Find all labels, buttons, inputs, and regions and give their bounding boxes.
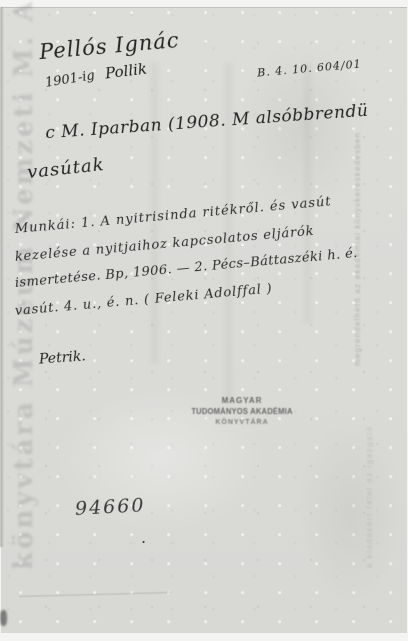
handwritten-accession-number: 94660: [74, 494, 146, 520]
catalog-card-paper: könyvtára Múzeum Nemzeti M. A megrendelh…: [1, 7, 407, 633]
library-stamp: MAGYAR TUDOMÁNYOS AKADÉMIA KÖNYVTÁRA: [186, 396, 298, 426]
handwritten-reference: Petrik.: [38, 348, 86, 367]
paper-stain: [296, 418, 406, 608]
stamp-line-2: TUDOMÁNYOS AKADÉMIA: [189, 407, 295, 416]
handwritten-title-line-1: c M. Iparban (1908. M alsóbbrendü: [45, 101, 369, 144]
stamp-line-1: MAGYAR: [186, 396, 298, 405]
paper-crease-line: [19, 592, 171, 597]
ghost-bleed-right-2: a kiadásért felel az igazgató: [365, 425, 374, 568]
handwritten-former-name: Pollik: [104, 60, 148, 83]
paper-fold-streak: [304, 63, 311, 323]
handwritten-dot: .: [141, 528, 146, 547]
stamp-line-3: KÖNYVTÁRA: [186, 419, 298, 426]
scanned-catalog-card-page: { "card": { "name": "Pellós Ignác", "for…: [0, 0, 408, 641]
scan-edge-shadow: [0, 7, 4, 547]
handwritten-title-line-2: vasútak: [26, 154, 105, 183]
handwritten-name: Pellós Ignác: [38, 28, 180, 64]
handwritten-former-year: 1901-ig: [44, 68, 96, 91]
scan-corner-smudge: [0, 610, 7, 626]
